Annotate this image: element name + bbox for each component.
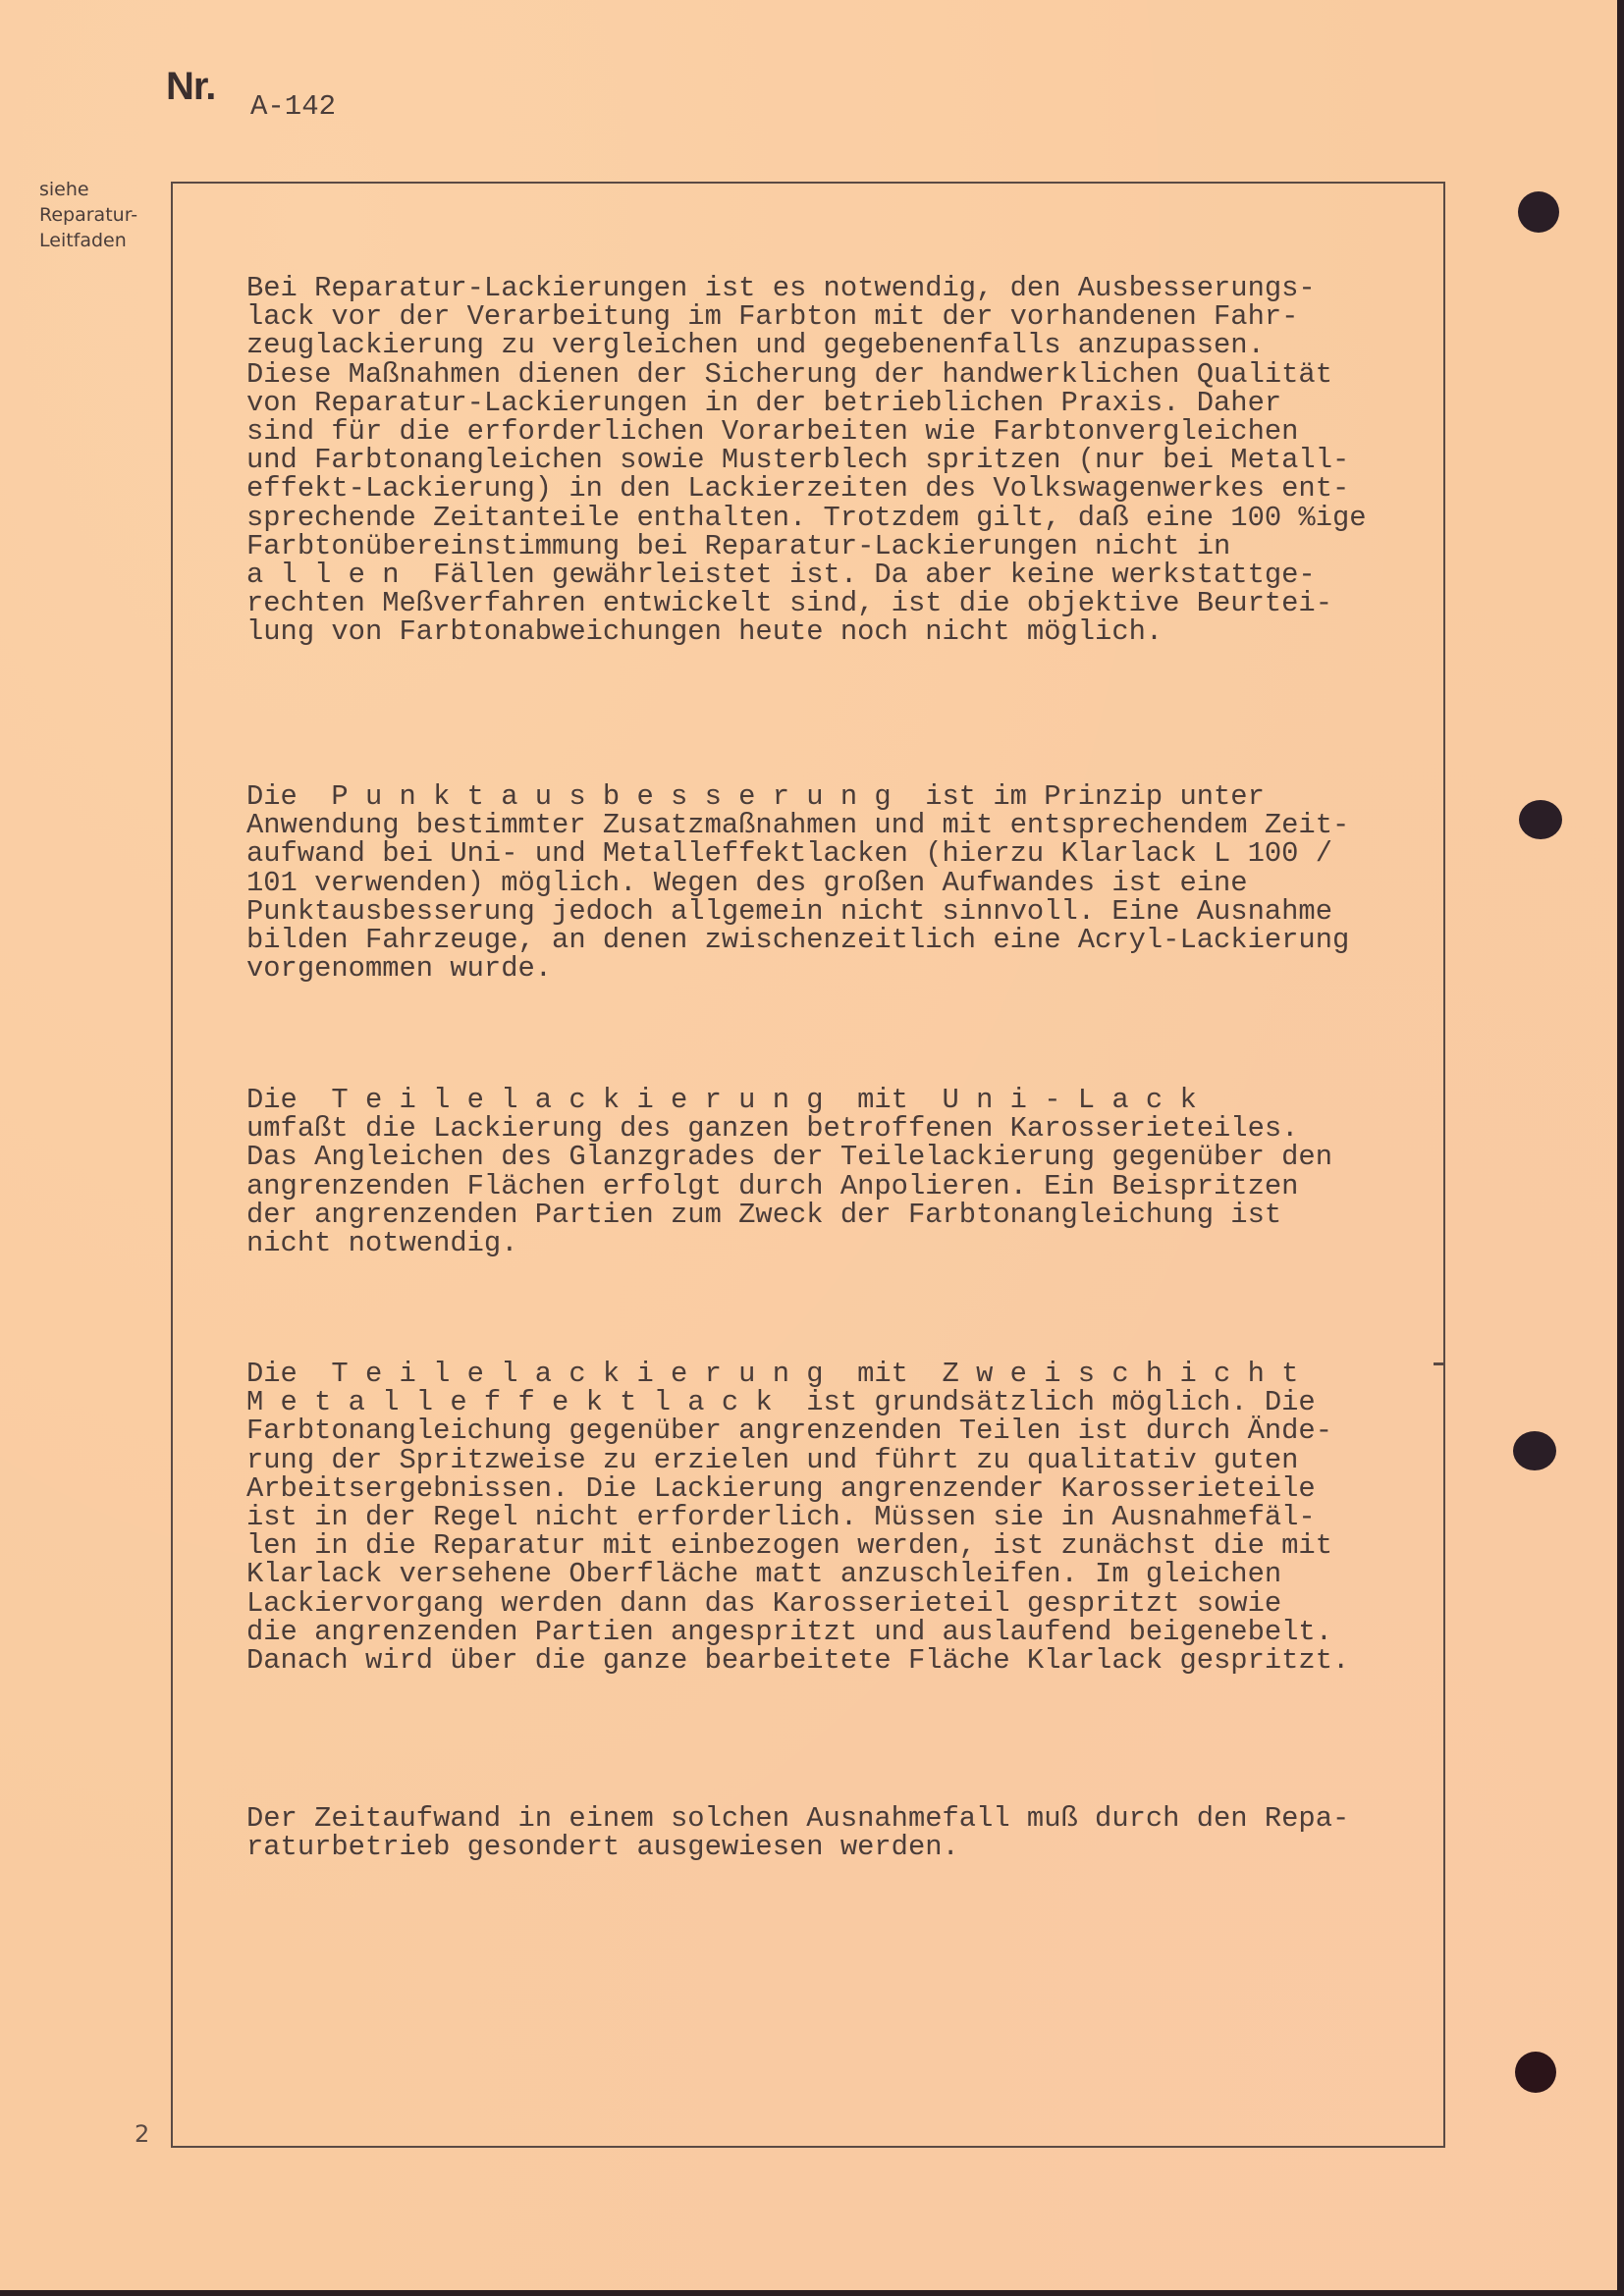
- text-line: vorgenommen wurde.: [246, 954, 1349, 983]
- text-line: Klarlack versehene Oberfläche matt anzus…: [246, 1560, 1349, 1588]
- text-line: angrenzenden Flächen erfolgt durch Anpol…: [246, 1172, 1332, 1201]
- text-line: von Reparatur-Lackierungen in der betrie…: [246, 389, 1367, 417]
- text-line: sprechende Zeitanteile enthalten. Trotzd…: [246, 504, 1367, 532]
- text-line: lack vor der Verarbeitung im Farbton mit…: [246, 302, 1367, 331]
- side-note-line: Reparatur-: [39, 202, 137, 228]
- text-line: Farbtonübereinstimmung bei Reparatur-Lac…: [246, 532, 1367, 561]
- punch-hole: [1513, 1431, 1556, 1470]
- text-line: Punktausbesserung jedoch allgemein nicht…: [246, 897, 1349, 926]
- text-line: lung von Farbtonabweichungen heute noch …: [246, 617, 1367, 646]
- text-line: sind für die erforderlichen Vorarbeiten …: [246, 417, 1367, 446]
- text-line: aufwand bei Uni- und Metalleffektlacken …: [246, 839, 1349, 868]
- page-number: 2: [135, 2120, 149, 2148]
- text-line: umfaßt die Lackierung des ganzen betroff…: [246, 1114, 1332, 1143]
- paragraph-intro: Bei Reparatur-Lackierungen ist es notwen…: [246, 274, 1367, 647]
- punch-hole: [1519, 800, 1562, 839]
- text-line: Danach wird über die ganze bearbeitete F…: [246, 1646, 1349, 1675]
- text-line: Arbeitsergebnissen. Die Lackierung angre…: [246, 1474, 1349, 1503]
- text-line: die angrenzenden Partien angespritzt und…: [246, 1618, 1349, 1646]
- text-line: ist in der Regel nicht erforderlich. Müs…: [246, 1503, 1349, 1531]
- punch-hole: [1515, 2052, 1556, 2093]
- text-line: Farbtonangleichung gegenüber angrenzende…: [246, 1416, 1349, 1445]
- margin-dash: [1434, 1362, 1445, 1365]
- number-label: Nr.: [166, 65, 215, 109]
- text-line: der angrenzenden Partien zum Zweck der F…: [246, 1201, 1332, 1229]
- document-page: Nr. A-142 siehe Reparatur- Leitfaden Bei…: [0, 0, 1617, 2290]
- paragraph-punktausbesserung: Die P u n k t a u s b e s s e r u n g is…: [246, 782, 1349, 983]
- text-line: 101 verwenden) möglich. Wegen des großen…: [246, 869, 1349, 897]
- side-note-line: siehe: [39, 177, 137, 202]
- text-line: zeuglackierung zu vergleichen und gegebe…: [246, 331, 1367, 359]
- side-note-line: Leitfaden: [39, 228, 137, 253]
- text-line: nicht notwendig.: [246, 1229, 1332, 1257]
- text-line: Die P u n k t a u s b e s s e r u n g is…: [246, 782, 1349, 811]
- text-line: rechten Meßverfahren entwickelt sind, is…: [246, 589, 1367, 617]
- punch-hole: [1518, 191, 1559, 233]
- text-line: Das Angleichen des Glanzgrades der Teile…: [246, 1143, 1332, 1171]
- text-line: Anwendung bestimmter Zusatzmaßnahmen und…: [246, 811, 1349, 839]
- text-line: Die T e i l e l a c k i e r u n g mit Z …: [246, 1360, 1349, 1388]
- text-line: rung der Spritzweise zu erzielen und füh…: [246, 1446, 1349, 1474]
- paragraph-teilelackierung-metall: Die T e i l e l a c k i e r u n g mit Z …: [246, 1360, 1349, 1675]
- text-line: bilden Fahrzeuge, an denen zwischenzeitl…: [246, 926, 1349, 954]
- text-line: Bei Reparatur-Lackierungen ist es notwen…: [246, 274, 1367, 302]
- text-line: a l l e n Fällen gewährleistet ist. Da a…: [246, 561, 1367, 589]
- text-line: effekt-Lackierung) in den Lackierzeiten …: [246, 474, 1367, 503]
- text-line: len in die Reparatur mit einbezogen werd…: [246, 1531, 1349, 1560]
- body-text: Bei Reparatur-Lackierungen ist es notwen…: [246, 0, 314, 200]
- text-line: Die T e i l e l a c k i e r u n g mit U …: [246, 1086, 1332, 1114]
- text-line: Diese Maßnahmen dienen der Sicherung der…: [246, 360, 1367, 389]
- text-line: raturbetrieb gesondert ausgewiesen werde…: [246, 1833, 1349, 1861]
- paragraph-zeitaufwand: Der Zeitaufwand in einem solchen Ausnahm…: [246, 1804, 1349, 1861]
- text-line: Lackiervorgang werden dann das Karosseri…: [246, 1589, 1349, 1618]
- text-line: und Farbtonangleichen sowie Musterblech …: [246, 446, 1367, 474]
- text-line: Der Zeitaufwand in einem solchen Ausnahm…: [246, 1804, 1349, 1833]
- side-note: siehe Reparatur- Leitfaden: [39, 177, 137, 253]
- paragraph-teilelackierung-uni: Die T e i l e l a c k i e r u n g mit U …: [246, 1086, 1332, 1257]
- text-line: M e t a l l e f f e k t l a c k ist grun…: [246, 1388, 1349, 1416]
